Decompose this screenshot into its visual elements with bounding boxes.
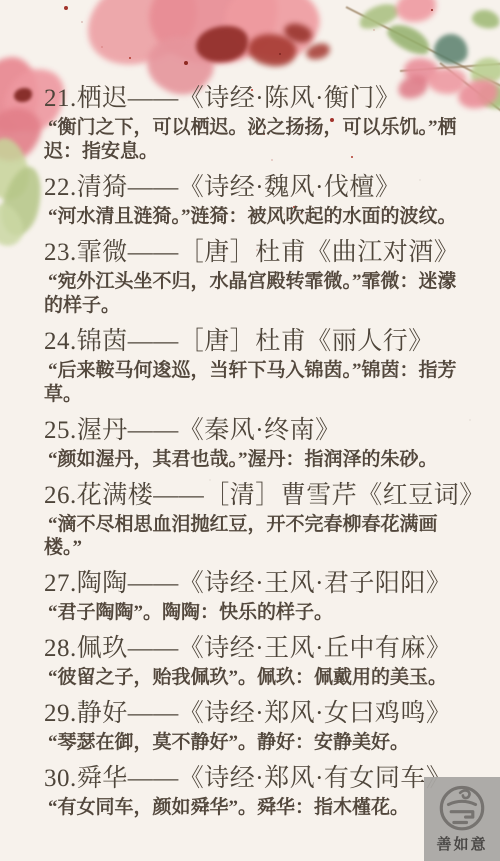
watermark-badge: 善如意 bbox=[424, 777, 500, 861]
entry: 22.清猗——《诗经·魏风·伐檀》 “河水清且涟猗。”涟猗：被风吹起的水面的波纹… bbox=[44, 172, 474, 229]
entry: 21.栖迟——《诗经·陈风·衡门》 “衡门之下，可以栖迟。泌之扬扬，可以乐饥。”… bbox=[44, 83, 474, 164]
entry-note: “彼留之子，贻我佩玖”。佩玖：佩戴用的美玉。 bbox=[44, 666, 474, 690]
entry-title: 23.霏微——［唐］杜甫《曲江对酒》 bbox=[44, 237, 474, 269]
entry-list: 21.栖迟——《诗经·陈风·衡门》 “衡门之下，可以栖迟。泌之扬扬，可以乐饥。”… bbox=[44, 83, 474, 828]
entry-title: 21.栖迟——《诗经·陈风·衡门》 bbox=[44, 83, 474, 115]
entry: 24.锦茵——［唐］杜甫《丽人行》 “后来鞍马何逡巡，当轩下马入锦茵。”锦茵：指… bbox=[44, 326, 474, 407]
entry-title: 22.清猗——《诗经·魏风·伐檀》 bbox=[44, 172, 474, 204]
entry: 28.佩玖——《诗经·王风·丘中有麻》 “彼留之子，贻我佩玖”。佩玖：佩戴用的美… bbox=[44, 633, 474, 690]
entry: 27.陶陶——《诗经·王风·君子阳阳》 “君子陶陶”。陶陶：快乐的样子。 bbox=[44, 568, 474, 625]
entry: 29.静好——《诗经·郑风·女曰鸡鸣》 “琴瑟在御，莫不静好”。静好：安静美好。 bbox=[44, 698, 474, 755]
entry-note: “宛外江头坐不归，水晶宫殿转霏微。”霏微：迷濛的样子。 bbox=[44, 270, 474, 318]
entry-title: 27.陶陶——《诗经·王风·君子阳阳》 bbox=[44, 568, 474, 600]
entry: 26.花满楼——［清］曹雪芹《红豆词》 “滴不尽相思血泪抛红豆，开不完春柳春花满… bbox=[44, 480, 474, 561]
yun-seal-icon bbox=[435, 782, 489, 836]
entry-note: “颜如渥丹，其君也哉。”渥丹：指润泽的朱砂。 bbox=[44, 448, 474, 472]
entry-title: 25.渥丹——《秦风·终南》 bbox=[44, 415, 474, 447]
paint-splatter-decoration bbox=[64, 6, 68, 10]
entry-note: “有女同车，颜如舜华”。舜华：指木槿花。 bbox=[44, 796, 474, 820]
entry-title: 26.花满楼——［清］曹雪芹《红豆词》 bbox=[44, 480, 474, 512]
entry-note: “衡门之下，可以栖迟。泌之扬扬，可以乐饥。”栖迟：指安息。 bbox=[44, 116, 474, 164]
entry-note: “琴瑟在御，莫不静好”。静好：安静美好。 bbox=[44, 731, 474, 755]
entry-title: 30.舜华——《诗经·郑风·有女同车》 bbox=[44, 763, 474, 795]
entry-title: 24.锦茵——［唐］杜甫《丽人行》 bbox=[44, 326, 474, 358]
entry: 30.舜华——《诗经·郑风·有女同车》 “有女同车，颜如舜华”。舜华：指木槿花。 bbox=[44, 763, 474, 820]
entry-title: 29.静好——《诗经·郑风·女曰鸡鸣》 bbox=[44, 698, 474, 730]
entry-title: 28.佩玖——《诗经·王风·丘中有麻》 bbox=[44, 633, 474, 665]
entry-note: “后来鞍马何逡巡，当轩下马入锦茵。”锦茵：指芳草。 bbox=[44, 359, 474, 407]
entry-note: “河水清且涟猗。”涟猗：被风吹起的水面的波纹。 bbox=[44, 205, 474, 229]
entry-note: “君子陶陶”。陶陶：快乐的样子。 bbox=[44, 601, 474, 625]
entry: 23.霏微——［唐］杜甫《曲江对酒》 “宛外江头坐不归，水晶宫殿转霏微。”霏微：… bbox=[44, 237, 474, 318]
entry-note: “滴不尽相思血泪抛红豆，开不完春柳春花满画楼。” bbox=[44, 513, 474, 561]
poetry-names-page: 21.栖迟——《诗经·陈风·衡门》 “衡门之下，可以栖迟。泌之扬扬，可以乐饥。”… bbox=[0, 0, 500, 861]
entry: 25.渥丹——《秦风·终南》 “颜如渥丹，其君也哉。”渥丹：指润泽的朱砂。 bbox=[44, 415, 474, 472]
watermark-text: 善如意 bbox=[436, 838, 487, 853]
